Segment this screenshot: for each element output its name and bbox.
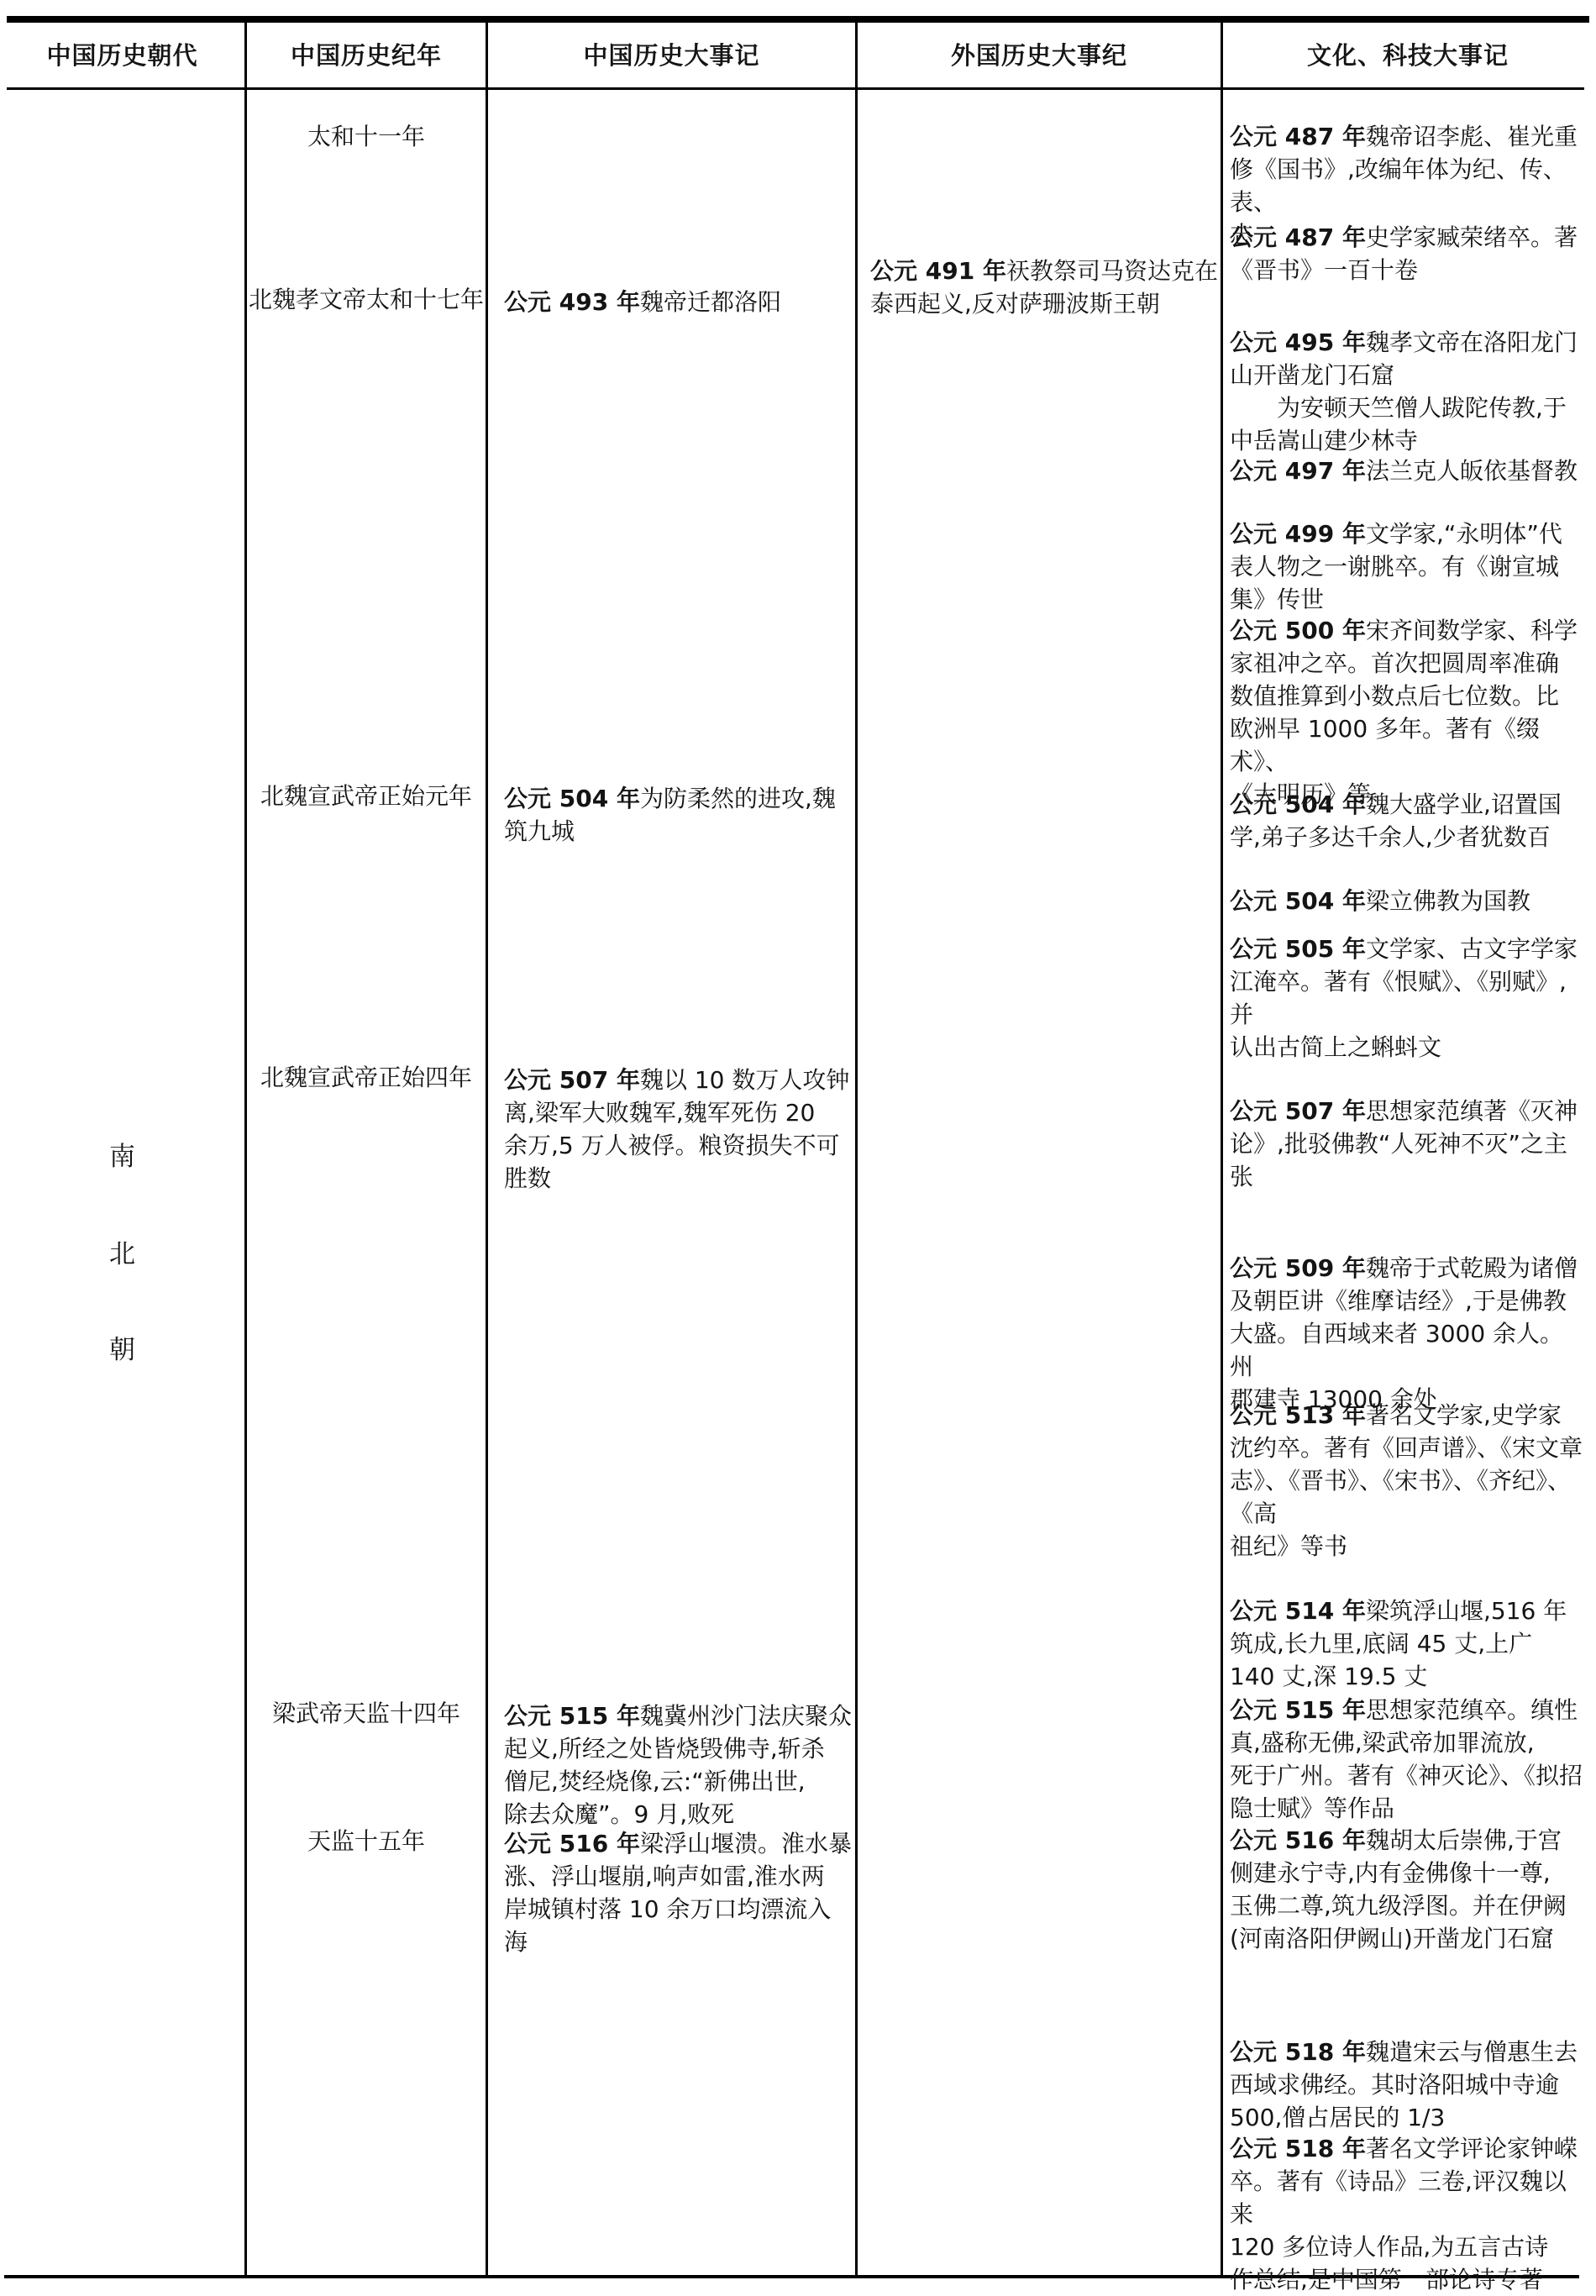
event-date: 公元 491 年: [870, 257, 1006, 285]
era-label: 梁武帝天监十四年: [247, 1700, 486, 1728]
event-date: 公元 507 年: [504, 1066, 640, 1094]
column-divider-2: [486, 18, 488, 2278]
dynasty-char: 北: [0, 1240, 244, 1269]
event-date: 公元 504 年: [1230, 887, 1366, 915]
event-date: 公元 514 年: [1230, 1597, 1366, 1625]
era-label: 北魏孝文帝太和十七年: [247, 286, 486, 314]
event-text: 宋齐间数学家、科学 家祖冲之卒。首次把圆周率准确 数值推算到小数点后七位数。比 …: [1230, 617, 1578, 808]
event-entry: 公元 497 年法兰克人皈依基督教: [1230, 454, 1586, 487]
event-text: 魏帝迁都洛阳: [640, 288, 781, 316]
era-label: 太和十一年: [247, 123, 486, 151]
event-date: 公元 513 年: [1230, 1401, 1366, 1429]
event-date: 公元 495 年: [1230, 328, 1366, 356]
event-entry: 公元 509 年魏帝于式乾殿为诸僧 及朝臣讲《维摩诘经》,于是佛教 大盛。自西域…: [1230, 1252, 1586, 1416]
event-date: 公元 499 年: [1230, 520, 1366, 548]
event-date: 公元 504 年: [1230, 791, 1366, 818]
era-label: 天监十五年: [247, 1827, 486, 1856]
event-entry: 公元 491 年祆教祭司马资达克在 泰西起义,反对萨珊波斯王朝: [870, 255, 1218, 320]
event-entry: 公元 499 年文学家,“永明体”代 表人物之一谢朓卒。有《谢宣城 集》传世: [1230, 518, 1586, 616]
event-date: 公元 493 年: [504, 288, 640, 316]
event-date: 公元 515 年: [504, 1702, 640, 1730]
event-date: 公元 504 年: [504, 785, 640, 812]
event-entry: 公元 504 年魏大盛学业,诏置国 学,弟子多达千余人,少者犹数百: [1230, 788, 1586, 854]
dynasty-char: 南: [0, 1143, 244, 1171]
event-entry: 公元 514 年梁筑浮山堰,516 年 筑成,长九里,底阔 45 丈,上广 14…: [1230, 1595, 1586, 1693]
event-entry: 公元 495 年魏孝文帝在洛阳龙门 山开凿龙门石窟 为安顿天竺僧人跋陀传教,于 …: [1230, 326, 1586, 457]
column-culture-events: 公元 487 年魏帝诏李彪、崔光重 修《国书》,改编年体为纪、传、表、 志公元 …: [1230, 0, 1586, 2296]
event-entry: 公元 504 年梁立佛教为国教: [1230, 885, 1586, 917]
event-entry: 公元 504 年为防柔然的进攻,魏 筑九城: [504, 782, 852, 848]
event-date: 公元 509 年: [1230, 1254, 1366, 1282]
event-date: 公元 515 年: [1230, 1696, 1366, 1724]
event-entry: 公元 487 年史学家臧荣绪卒。著 《晋书》一百十卷: [1230, 221, 1586, 286]
event-text: 法兰克人皈依基督教: [1366, 457, 1578, 485]
event-date: 公元 500 年: [1230, 617, 1366, 644]
event-date: 公元 518 年: [1230, 2135, 1366, 2162]
event-date: 公元 516 年: [1230, 1826, 1366, 1854]
event-entry: 公元 516 年梁浮山堰溃。淮水暴 涨、浮山堰崩,响声如雷,淮水两 岸城镇村落 …: [504, 1827, 852, 1958]
event-date: 公元 505 年: [1230, 935, 1366, 963]
column-china-events: 公元 493 年魏帝迁都洛阳公元 504 年为防柔然的进攻,魏 筑九城公元 50…: [504, 0, 852, 2296]
event-entry: 公元 518 年著名文学评论家钟嵘 卒。著有《诗品》三卷,评汉魏以来 120 多…: [1230, 2132, 1586, 2296]
event-entry: 公元 500 年宋齐间数学家、科学 家祖冲之卒。首次把圆周率准确 数值推算到小数…: [1230, 614, 1586, 811]
event-entry: 公元 505 年文学家、古文字学家 江淹卒。著有《恨赋》、《别赋》,并 认出古简…: [1230, 933, 1586, 1064]
event-date: 公元 516 年: [504, 1830, 640, 1857]
event-entry: 公元 516 年魏胡太后崇佛,于宫 侧建永宁寺,内有金佛像十一尊, 玉佛二尊,筑…: [1230, 1824, 1586, 1955]
column-era: 太和十一年北魏孝文帝太和十七年北魏宣武帝正始元年北魏宣武帝正始四年梁武帝天监十四…: [247, 0, 486, 2296]
event-entry: 公元 493 年魏帝迁都洛阳: [504, 286, 852, 318]
event-entry: 公元 518 年魏遣宋云与僧惠生去 西域求佛经。其时洛阳城中寺逾 500,僧占居…: [1230, 2036, 1586, 2134]
event-entry: 公元 515 年魏冀州沙门法庆聚众 起义,所经之处皆烧毁佛寺,斩杀 僧尼,焚经烧…: [504, 1700, 852, 1831]
event-date: 公元 487 年: [1230, 123, 1366, 150]
event-entry: 公元 507 年思想家范缜著《灭神 论》,批驳佛教“人死神不灭”之主 张: [1230, 1095, 1586, 1193]
event-date: 公元 497 年: [1230, 457, 1366, 485]
event-date: 公元 507 年: [1230, 1097, 1366, 1125]
event-entry: 公元 515 年思想家范缜卒。缜性 真,盛称无佛,梁武帝加罪流放, 死于广州。著…: [1230, 1694, 1586, 1825]
event-entry: 公元 513 年著名文学家,史学家 沈约卒。著有《回声谱》、《宋文章 志》、《晋…: [1230, 1399, 1586, 1563]
column-foreign-events: 公元 491 年祆教祭司马资达克在 泰西起义,反对萨珊波斯王朝: [870, 0, 1218, 2296]
column-divider-3: [855, 18, 858, 2278]
dynasty-char: 朝: [0, 1336, 244, 1364]
event-date: 公元 487 年: [1230, 223, 1366, 251]
column-dynasty: 南北朝: [0, 0, 244, 2296]
era-label: 北魏宣武帝正始四年: [247, 1064, 486, 1092]
event-text: 梁立佛教为国教: [1366, 887, 1530, 915]
scanned-history-table-page: 中国历史朝代 中国历史纪年 中国历史大事记 外国历史大事纪 文化、科技大事记 南…: [0, 0, 1596, 2296]
event-entry: 公元 507 年魏以 10 数万人攻钟 离,梁军大败魏军,魏军死伤 20 余万,…: [504, 1064, 852, 1195]
event-date: 公元 518 年: [1230, 2038, 1366, 2066]
era-label: 北魏宣武帝正始元年: [247, 782, 486, 811]
column-divider-4: [1221, 18, 1223, 2278]
